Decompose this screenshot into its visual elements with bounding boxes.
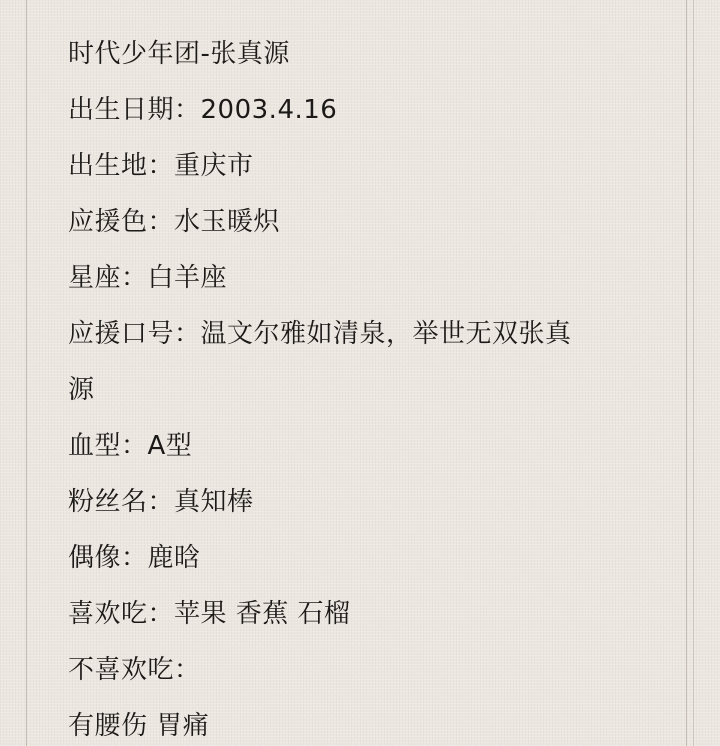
right-margin-line xyxy=(686,0,687,746)
entry-label: 应援色： xyxy=(68,207,174,237)
entry-idol: 偶像：鹿晗 xyxy=(68,530,680,586)
entry-zodiac: 星座：白羊座 xyxy=(68,250,680,306)
entry-health-notes: 有腰伤 胃痛 xyxy=(68,698,680,746)
entry-value: 有腰伤 胃痛 xyxy=(68,711,209,741)
entry-value: 鹿晗 xyxy=(148,543,201,573)
entry-value: 白羊座 xyxy=(148,263,228,293)
entry-value: 水玉暖炽 xyxy=(174,207,280,237)
entry-fan-name: 粉丝名：真知棒 xyxy=(68,474,680,530)
entry-value: 温文尔雅如清泉，举世无双张真 xyxy=(201,319,572,349)
entry-label: 出生日期： xyxy=(68,95,201,125)
entry-label: 不喜欢吃： xyxy=(68,655,201,685)
left-margin-line xyxy=(26,0,27,746)
entry-value: A型 xyxy=(148,431,193,461)
entry-label: 偶像： xyxy=(68,543,148,573)
entry-blood-type: 血型：A型 xyxy=(68,418,680,474)
entry-value: 源 xyxy=(68,375,95,405)
entry-label: 血型： xyxy=(68,431,148,461)
entry-value: 重庆市 xyxy=(174,151,254,181)
entry-dislikes-to-eat: 不喜欢吃： xyxy=(68,642,680,698)
entry-slogan-continued: 源 xyxy=(68,362,680,418)
entry-label: 星座： xyxy=(68,263,148,293)
entry-value: 真知棒 xyxy=(174,487,254,517)
entry-slogan: 应援口号：温文尔雅如清泉，举世无双张真 xyxy=(68,306,680,362)
document-title: 时代少年团-张真源 xyxy=(68,26,680,82)
entry-label: 出生地： xyxy=(68,151,174,181)
entry-support-color: 应援色：水玉暖炽 xyxy=(68,194,680,250)
entry-birthplace: 出生地：重庆市 xyxy=(68,138,680,194)
entry-label: 喜欢吃： xyxy=(68,599,174,629)
right-margin-line-outer xyxy=(693,0,694,746)
profile-text-block: 时代少年团-张真源 出生日期：2003.4.16 出生地：重庆市 应援色：水玉暖… xyxy=(68,26,680,746)
entry-value: 苹果 香蕉 石榴 xyxy=(174,599,351,629)
entry-value: 2003.4.16 xyxy=(201,95,338,125)
entry-label: 粉丝名： xyxy=(68,487,174,517)
entry-label: 应援口号： xyxy=(68,319,201,349)
entry-likes-to-eat: 喜欢吃：苹果 香蕉 石榴 xyxy=(68,586,680,642)
entry-birth-date: 出生日期：2003.4.16 xyxy=(68,82,680,138)
